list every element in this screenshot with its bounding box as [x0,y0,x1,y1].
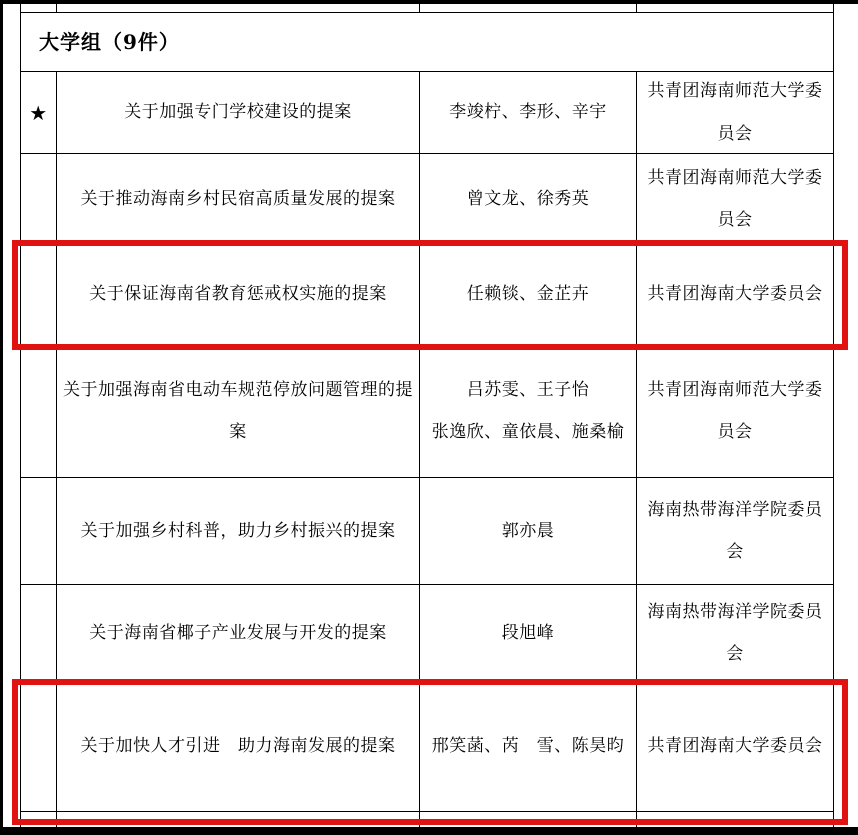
table-row: 关于加强乡村科普，助力乡村振兴的提案 郭亦晨 海南热带海洋学院委员会 [21,478,833,585]
proposers-cell: 郭亦晨 [420,478,637,584]
proposal-table: 大学组（9件） ★ 关于加强专门学校建设的提案 李竣柠、李形、辛宇 共青团海南师… [20,4,834,835]
screenshot-left-border [0,0,3,835]
table-row-highlighted: 关于保证海南省教育惩戒权实施的提案 任赖锬、金芷卉 共青团海南大学委员会 [21,245,833,345]
organization-cell: 海南热带海洋学院委员会 [637,585,833,681]
proposers-cell: 吕苏雯、王子怡 张逸欣、童依晨、施桑榆 [420,345,637,477]
screenshot-top-border [0,0,858,4]
flag-cell [21,478,57,584]
flag-cell [21,4,57,12]
flag-cell [21,682,57,811]
organization-cell [637,4,833,12]
proposers-cell: 曾文龙、徐秀英 [420,154,637,244]
organization-cell: 共青团海南师范大学委员会 [637,72,833,153]
organization-cell: 共青团海南师范大学委员会 [637,345,833,477]
title-cell: 关于加强专门学校建设的提案 [57,72,420,153]
table-row: 关于推动海南乡村民宿高质量发展的提案 曾文龙、徐秀英 共青团海南师范大学委员会 [21,154,833,245]
star-icon: ★ [21,72,57,153]
flag-cell [21,154,57,244]
title-cell: 关于加快人才引进 助力海南发展的提案 [57,682,420,811]
table-row: 关于海南省椰子产业发展与开发的提案 段旭峰 海南热带海洋学院委员会 [21,585,833,682]
proposers-cell: 李竣柠、李形、辛宇 [420,72,637,153]
title-cell [57,4,420,12]
table-row-group-header: 大学组（9件） [21,13,833,72]
proposers-cell: 邢笑菡、芮 雪、陈昊昀 [420,682,637,811]
organization-cell: 共青团海南大学委员会 [637,682,833,811]
screenshot-bottom-border [0,827,858,835]
flag-cell [21,245,57,344]
organization-cell: 共青团海南大学委员会 [637,245,833,344]
group-header-label: 大学组（9件） [21,13,833,71]
title-cell: 关于海南省椰子产业发展与开发的提案 [57,585,420,681]
proposers-cell: 段旭峰 [420,585,637,681]
organization-cell: 海南热带海洋学院委员会 [637,478,833,584]
proposers-cell [420,4,637,12]
organization-cell: 共青团海南师范大学委员会 [637,154,833,244]
proposers-cell: 任赖锬、金芷卉 [420,245,637,344]
title-cell: 关于加强乡村科普，助力乡村振兴的提案 [57,478,420,584]
flag-cell [21,585,57,681]
table-row: ★ 关于加强专门学校建设的提案 李竣柠、李形、辛宇 共青团海南师范大学委员会 [21,72,833,154]
title-cell: 关于推动海南乡村民宿高质量发展的提案 [57,154,420,244]
table-row-partial-top [21,4,833,13]
title-cell: 关于加强海南省电动车规范停放问题管理的提案 [57,345,420,477]
flag-cell [21,345,57,477]
table-row: 关于加强海南省电动车规范停放问题管理的提案 吕苏雯、王子怡 张逸欣、童依晨、施桑… [21,345,833,478]
table-row-highlighted: 关于加快人才引进 助力海南发展的提案 邢笑菡、芮 雪、陈昊昀 共青团海南大学委员… [21,682,833,812]
title-cell: 关于保证海南省教育惩戒权实施的提案 [57,245,420,344]
